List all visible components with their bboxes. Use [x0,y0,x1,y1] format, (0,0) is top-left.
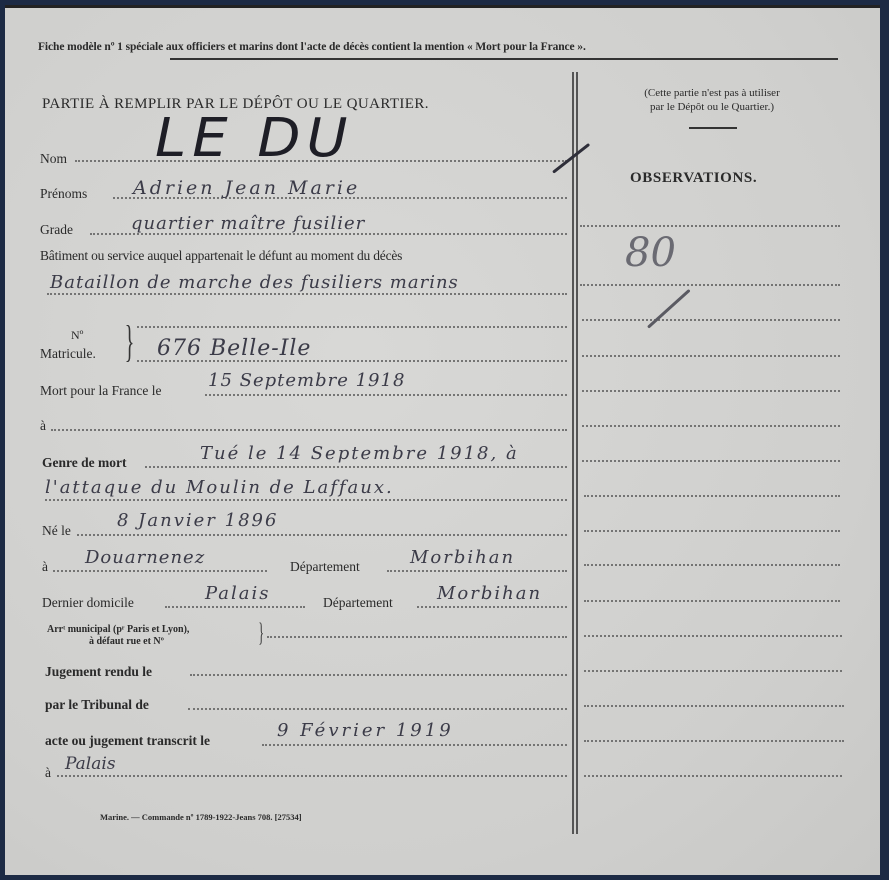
arr-label-1: Arrᵗ municipal (pʳ Paris et Lyon), [47,624,189,635]
obs-line-10 [584,564,840,566]
obs-line-7 [582,460,840,462]
domicile-line [165,606,305,608]
obs-line-1 [580,225,840,227]
jugement-line [190,674,567,676]
obs-line-8 [584,495,840,497]
obs-line-9 [584,530,840,532]
obs-line-11 [584,600,840,602]
transcrit-value[interactable]: 9 Février 1919 [277,720,454,741]
ne-le-value[interactable]: 8 Janvier 1896 [117,510,278,531]
arr-brace: } [258,620,264,646]
domicile-value[interactable]: Palais [205,583,271,604]
observations-rule [689,127,737,129]
obs-line-2 [580,284,840,286]
observations-title: OBSERVATIONS. [630,170,757,187]
obs-line-15 [584,740,844,742]
obs-line-5 [582,390,840,392]
transcrit-label: acte ou jugement transcrit le [45,733,210,749]
obs-line-13 [584,670,842,672]
form-header: Fiche modèle nº 1 spéciale aux officiers… [38,41,586,53]
prenoms-value[interactable]: Adrien Jean Marie [133,177,360,199]
obs-line-14 [584,705,844,707]
prenoms-label: Prénoms [40,186,87,202]
matricule-value[interactable]: 676 Belle-Ile [157,336,311,361]
header-underline [170,58,838,60]
tribunal-label: par le Tribunal de [45,697,149,713]
arr-label-2: à défaut rue et Nº [89,636,164,647]
lieu-naissance-value[interactable]: Douarnenez [85,547,205,568]
grade-value[interactable]: quartier maître fusilier [131,213,365,234]
lieu-transcription-label: à [45,765,51,781]
lieu-mort-line [51,429,567,431]
jugement-label: Jugement rendu le [45,664,152,680]
obs-line-3 [582,319,840,321]
dept-domicile-value[interactable]: Morbihan [437,583,542,604]
transcrit-line [262,744,567,746]
tribunal-line [188,708,567,710]
matricule-line-1 [137,326,567,328]
column-divider-2 [576,72,578,834]
lieu-naissance-label: à [42,559,48,575]
matricule-brace: } [125,320,135,364]
death-record-card: Fiche modèle nº 1 spéciale aux officiers… [5,5,880,875]
arr-line [267,636,567,638]
genre-mort-value-2[interactable]: l'attaque du Moulin de Laffaux. [45,477,394,498]
nom-value[interactable]: LE DU [155,108,354,170]
mort-label: Mort pour la France le [40,383,161,399]
observations-note-line-1: (Cette partie n'est pas à utiliser [612,86,812,100]
mort-value[interactable]: 15 Septembre 1918 [208,370,405,391]
obs-line-16 [584,775,842,777]
dept-naissance-value[interactable]: Morbihan [410,547,515,568]
nom-label: Nom [40,151,67,167]
lieu-transcription-value[interactable]: Palais [65,754,116,774]
form-footer: Marine. — Commande nº 1789-1922-Jeans 70… [100,812,302,822]
observations-note-line-2: par le Dépôt ou le Quartier.) [612,100,812,114]
batiment-label: Bâtiment ou service auquel appartenait l… [40,248,402,264]
lieu-mort-label: à [40,418,46,434]
dept-domicile-label: Département [323,595,393,611]
batiment-value[interactable]: Bataillon de marche des fusiliers marins [50,272,459,293]
dept-naissance-line [387,570,567,572]
observations-note: (Cette partie n'est pas à utiliser par l… [612,86,812,114]
matricule-label: Matricule. [40,346,96,362]
grade-label: Grade [40,222,73,238]
genre-mort-line-2 [45,499,567,501]
matricule-no-label: Nº [71,328,83,343]
genre-mort-value-1[interactable]: Tué le 14 Septembre 1918, à [200,443,519,464]
column-divider [572,72,574,834]
genre-mort-label: Genre de mort [42,455,126,471]
observations-slash-stroke [647,289,691,329]
ne-le-line [77,534,567,536]
obs-line-6 [582,425,840,427]
mort-line [205,394,567,396]
obs-line-12 [584,635,842,637]
dept-naissance-label: Département [290,559,360,575]
genre-mort-line-1 [145,466,567,468]
batiment-line [47,293,567,295]
ne-le-label: Né le [42,523,71,539]
obs-line-4 [582,355,840,357]
lieu-transcription-line [57,775,567,777]
lieu-naissance-line [53,570,267,572]
domicile-label: Dernier domicile [42,595,134,611]
observations-handwritten-mark: 80 [625,230,676,276]
dept-domicile-line [417,606,567,608]
